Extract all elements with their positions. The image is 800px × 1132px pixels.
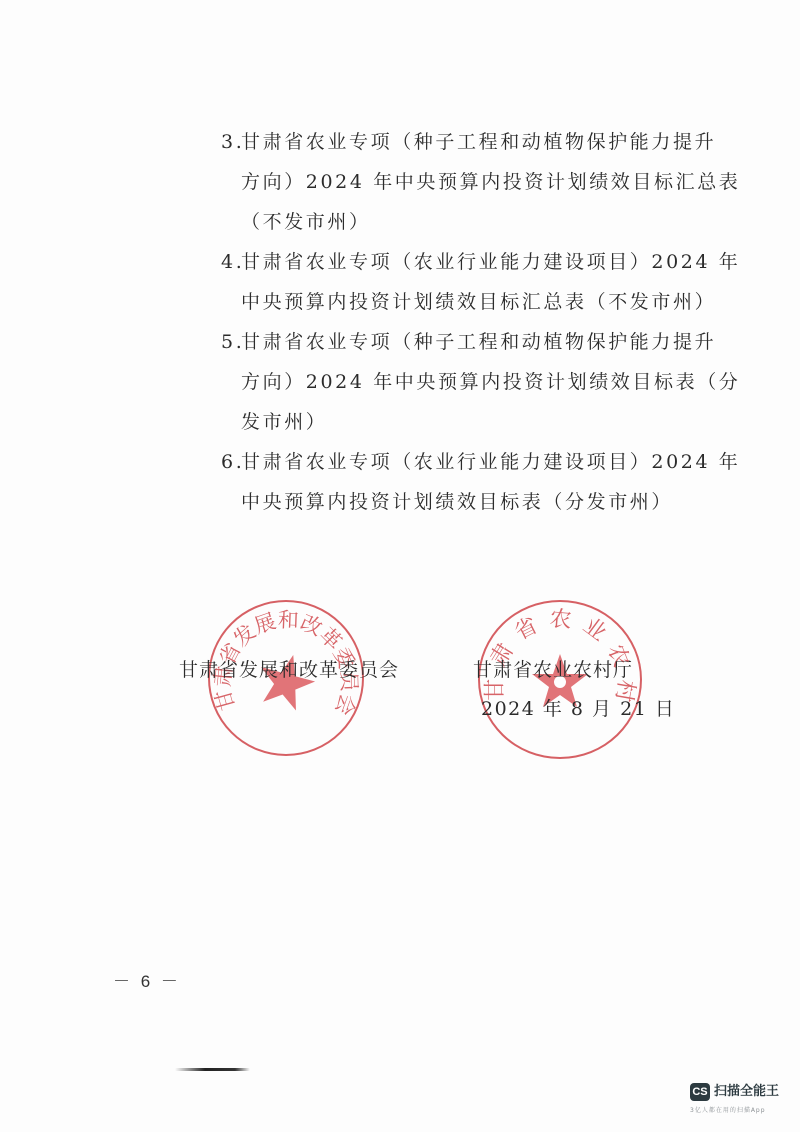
watermark-tagline: 3亿人都在用的扫描App xyxy=(690,1105,766,1114)
signatory-ndrc: 甘肃省发展和改革委员会 xyxy=(179,655,399,682)
page-number: － 6 － xyxy=(113,967,181,992)
signatory-agriculture: 甘肃省农业农村厅 xyxy=(473,655,633,682)
document-page: 3. 甘肃省农业专项（种子工程和动植物保护能力提升 方向）2024 年中央预算内… xyxy=(0,0,800,1132)
camscanner-logo-icon: CS xyxy=(690,1083,710,1101)
watermark-name: 扫描全能王 xyxy=(714,1083,779,1101)
scanner-watermark: CS 扫描全能王 3亿人都在用的扫描App xyxy=(690,1083,800,1123)
scan-artifact xyxy=(175,1068,250,1071)
signature-block: 甘肃省发展和改革委员会 甘肃省农业农村厅 甘肃省发展和改革委员会 甘肃省农业农村… xyxy=(0,0,800,1132)
signing-date: 2024 年 8 月 21 日 xyxy=(481,694,675,721)
